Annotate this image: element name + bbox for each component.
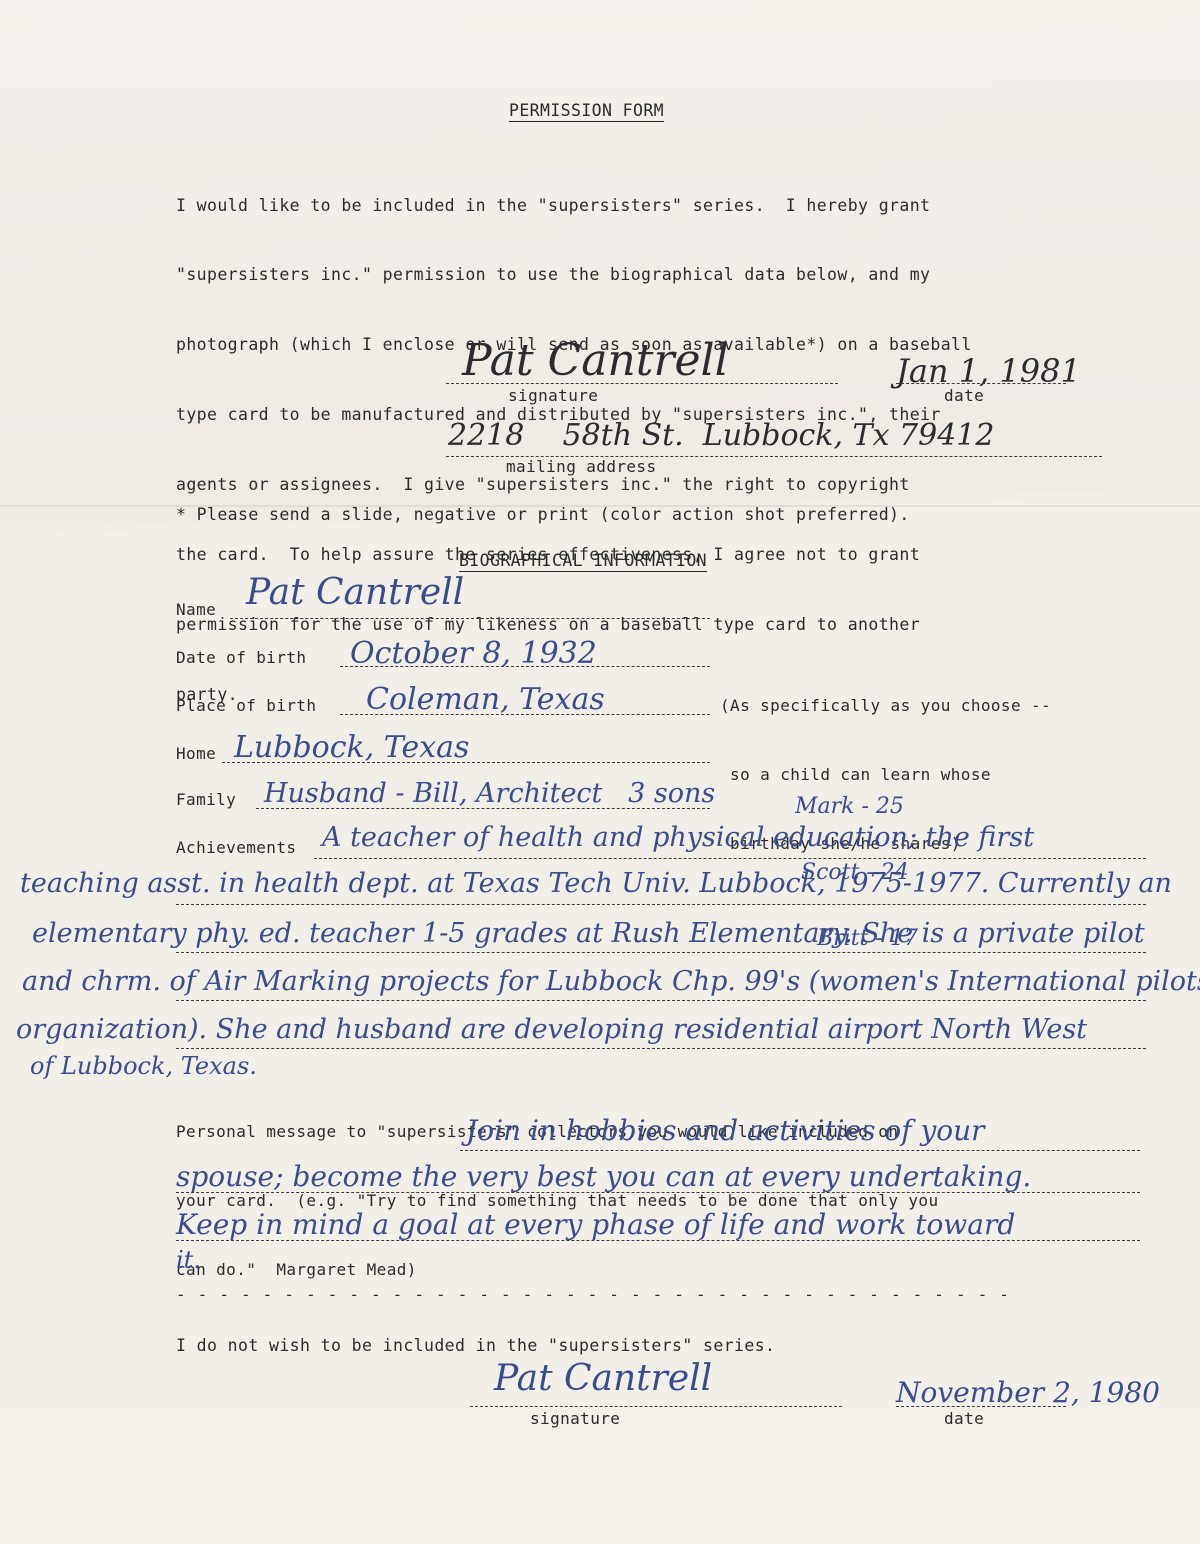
opt-out-signature-line [470,1406,842,1407]
achievements-underline [176,1000,1146,1001]
achievements-line-3[interactable]: elementary phy. ed. teacher 1-5 grades a… [32,918,1145,949]
place-of-birth-label: Place of birth [176,696,316,715]
achievements-line-1[interactable]: A teacher of health and physical educati… [322,822,1034,853]
personal-message-prompt-line: can do." Margaret Mead) [176,1258,939,1281]
name-field[interactable]: Pat Cantrell [246,572,464,613]
home-field[interactable]: Lubbock, Texas [234,730,469,765]
personal-message-underline [460,1150,1140,1151]
opt-out-signature-field[interactable]: Pat Cantrell [494,1358,712,1399]
place-of-birth-field[interactable]: Coleman, Texas [366,682,605,717]
son-entry: Mark - 25 [795,796,918,818]
permission-form-title: PERMISSION FORM [509,101,664,120]
date-field[interactable]: Jan 1, 1981 [896,352,1081,390]
achievements-line-2[interactable]: teaching asst. in health dept. at Texas … [20,868,1172,899]
mailing-address-label: mailing address [506,457,657,476]
achievements-label: Achievements [176,838,296,857]
permission-statement-line: permission for the use of my likeness on… [176,613,972,636]
personal-message-line-4[interactable]: it. [176,1246,201,1274]
place-of-birth-line [340,714,710,715]
personal-message-line-3[interactable]: Keep in mind a goal at every phase of li… [176,1208,1015,1241]
mailing-address-field[interactable]: 2218 58th St. Lubbock, Tx 79412 [448,418,994,453]
photo-footnote: * Please send a slide, negative or print… [176,505,910,524]
achievements-underline [314,858,1146,859]
permission-statement-line: agents or assignees. I give "supersister… [176,473,972,496]
achievements-underline [176,952,1146,953]
opt-out-date-label: date [944,1409,984,1428]
achievements-line-5[interactable]: organization). She and husband are devel… [16,1014,1087,1045]
home-line [222,762,710,763]
achievements-underline [176,904,1146,905]
signature-field[interactable]: Pat Cantrell [462,335,729,386]
personal-message-underline [176,1192,1140,1193]
date-of-birth-label: Date of birth [176,648,306,667]
personal-message-line-1[interactable]: Join in hobbies and activities of your [466,1114,985,1147]
family-label: Family [176,790,236,809]
name-line [230,618,710,619]
signature-line [446,383,838,384]
achievements-underline [176,1048,1146,1049]
opt-out-statement: I do not wish to be included in the "sup… [176,1336,775,1355]
personal-message-line-2[interactable]: spouse; become the very best you can at … [176,1160,1031,1193]
family-line [256,808,710,809]
birthday-note-line: (As specifically as you choose -- [720,694,1051,717]
home-label: Home [176,744,216,763]
signature-label: signature [508,386,598,405]
achievements-line-4[interactable]: and chrm. of Air Marking projects for Lu… [22,966,1200,997]
date-label: date [944,386,984,405]
biographical-information-title: BIOGRAPHICAL INFORMATION [459,551,707,570]
date-line [896,383,1066,384]
opt-out-date-line [896,1406,1066,1407]
opt-out-date-field[interactable]: November 2, 1980 [896,1376,1160,1409]
permission-statement-line: "supersisters inc." permission to use th… [176,263,972,286]
permission-statement-line: I would like to be included in the "supe… [176,194,972,217]
family-field[interactable]: Husband - Bill, Architect 3 sons [264,778,715,809]
personal-message-underline [176,1240,1140,1241]
opt-out-signature-label: signature [530,1409,620,1428]
date-of-birth-line [340,666,710,667]
name-label: Name [176,600,216,619]
opt-out-separator: - - - - - - - - - - - - - - - - - - - - … [176,1285,1010,1304]
